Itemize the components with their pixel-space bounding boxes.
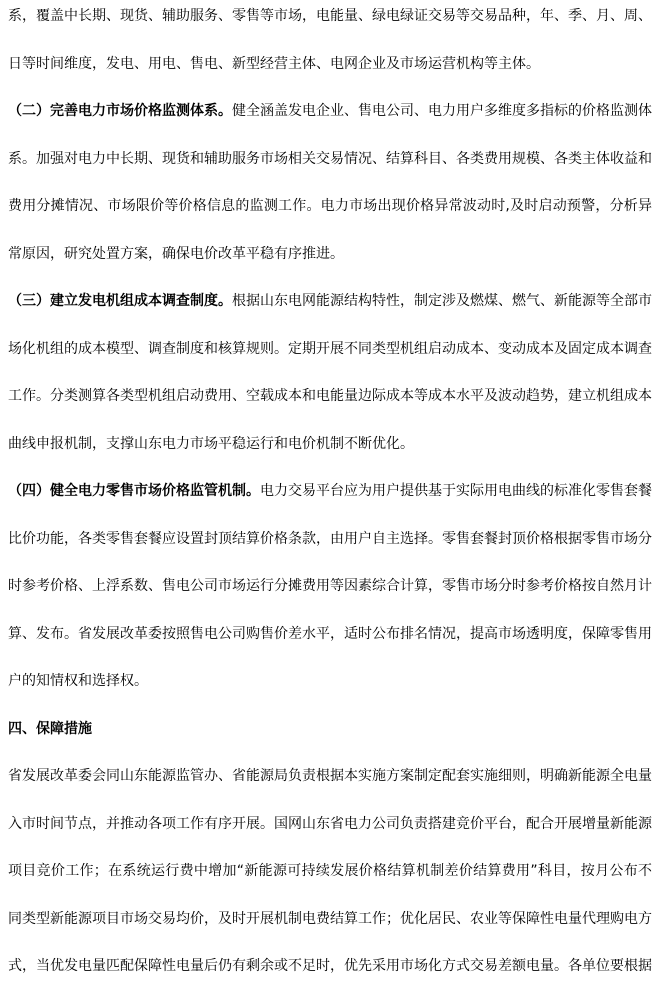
paragraph: （三）建立发电机组成本调查制度。根据山东电网能源结构特性，制定涉及燃煤、燃气、新…	[8, 278, 652, 468]
paragraph-lead: （三）建立发电机组成本调查制度。	[8, 293, 232, 309]
paragraph: （四）健全电力零售市场价格监管机制。电力交易平台应为用户提供基于实际用电曲线的标…	[8, 468, 652, 706]
section-heading: 四、保障措施	[8, 706, 652, 754]
paragraph: 省发展改革委会同山东能源监管办、省能源局负责根据本实施方案制定配套实施细则，明确…	[8, 753, 652, 985]
paragraph-lead: （二）完善电力市场价格监测体系。	[8, 103, 232, 119]
document-page: 系，覆盖中长期、现货、辅助服务、零售等市场，电能量、绿电绿证交易等交易品种，年、…	[0, 0, 660, 985]
paragraph-lead: （四）健全电力零售市场价格监管机制。	[8, 483, 260, 499]
paragraph-text: 省发展改革委会同山东能源监管办、省能源局负责根据本实施方案制定配套实施细则，明确…	[8, 768, 652, 974]
paragraph: （二）完善电力市场价格监测体系。健全涵盖发电企业、售电公司、电力用户多维度多指标…	[8, 88, 652, 278]
paragraph-text: 电力交易平台应为用户提供基于实际用电曲线的标准化零售套餐比价功能，各类零售套餐应…	[8, 483, 652, 689]
document-body: 系，覆盖中长期、现货、辅助服务、零售等市场，电能量、绿电绿证交易等交易品种，年、…	[8, 0, 652, 985]
paragraph-text: 系，覆盖中长期、现货、辅助服务、零售等市场，电能量、绿电绿证交易等交易品种，年、…	[8, 8, 652, 72]
paragraph-text: 根据山东电网能源结构特性，制定涉及燃煤、燃气、新能源等全部市场化机组的成本模型、…	[8, 293, 652, 452]
paragraph: 系，覆盖中长期、现货、辅助服务、零售等市场，电能量、绿电绿证交易等交易品种，年、…	[8, 0, 652, 88]
paragraph-text: 健全涵盖发电企业、售电公司、电力用户多维度多指标的价格监测体系。加强对电力中长期…	[8, 103, 652, 262]
paragraph-lead: 四、保障措施	[8, 721, 92, 737]
